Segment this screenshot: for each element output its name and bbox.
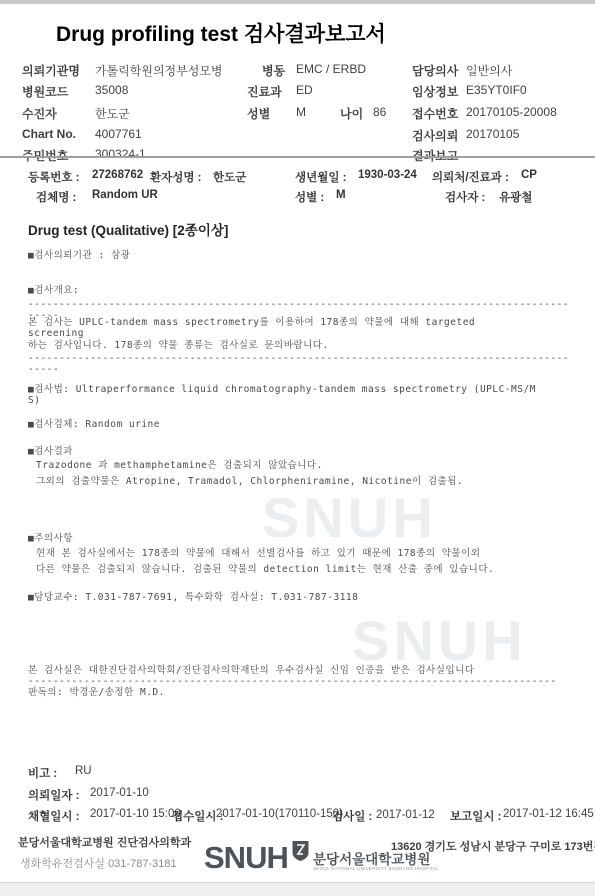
report-datetime-value: 2017-01-12 16:45 bbox=[503, 808, 594, 820]
field-label-requesting-org: 의뢰기관명 bbox=[22, 62, 80, 79]
body-line-result-heading: ■검사결과 bbox=[28, 446, 573, 457]
test-name-title: Drug test (Qualitative) [2종이상] bbox=[28, 219, 228, 239]
field-label-age: 나이 bbox=[340, 105, 363, 122]
field-value-doctor: 일반의사 bbox=[466, 62, 512, 79]
body-line-method-1: ■검사법: Ultraperformance liquid chromatogr… bbox=[28, 384, 573, 395]
footer-address: 13620 경기도 성남시 분당구 구미로 173번길 82 bbox=[391, 838, 595, 854]
test-date-label: 검사일 : bbox=[332, 808, 372, 824]
reg-label-referring-dept: 의뢰처/진료과 : bbox=[432, 169, 509, 185]
snuh-shield-icon bbox=[292, 840, 309, 861]
footer-lab-phone-line: 생화학유전검사실 031-787-3181 bbox=[20, 855, 177, 871]
field-label-doctor: 담당의사 bbox=[412, 62, 458, 79]
body-line-caution-1: 현재 본 검사실에서는 178종의 약물에 대해서 선별검사를 하고 있기 때문… bbox=[36, 548, 573, 559]
field-value-receipt-no: 20170105-20008 bbox=[466, 105, 557, 119]
report-datetime-label: 보고일시 : bbox=[450, 808, 501, 824]
body-line-result-2: 그외의 검출약물은 Atropine, Tramadol, Chlorpheni… bbox=[36, 476, 573, 487]
body-line-result-1: Trazodone 과 methamphetamine은 검출되지 않았습니다. bbox=[36, 460, 573, 471]
reg-value-registration-no: 27268762 bbox=[92, 169, 143, 181]
field-label-department: 진료과 bbox=[247, 83, 282, 100]
body-line-specimen: ■검사검체: Random urine bbox=[28, 419, 573, 430]
top-edge-strip bbox=[0, 0, 595, 4]
remarks-label: 비고 : bbox=[28, 765, 57, 781]
reg-label-patient-name: 환자성명 : bbox=[150, 169, 201, 185]
report-page: Drug profiling test 검사결과보고서 의뢰기관명 가톨릭학원의… bbox=[0, 0, 595, 896]
field-value-chart-no: 4007761 bbox=[95, 127, 142, 141]
field-label-receipt-no: 접수번호 bbox=[412, 105, 458, 122]
field-label-chart-no: Chart No. bbox=[22, 127, 76, 141]
body-line-accreditation: 본 검사실은 대한진단검사의학회/진단검사의학재단의 우수검사실 신임 인증을 … bbox=[28, 665, 573, 676]
field-value-sex: M bbox=[296, 105, 306, 119]
snuh-watermark: SNUH bbox=[352, 608, 527, 673]
reg-value-specimen: Random UR bbox=[92, 189, 158, 201]
bottom-edge-strip bbox=[0, 882, 595, 896]
field-value-department: ED bbox=[296, 83, 313, 97]
field-label-clinical-info: 임상정보 bbox=[412, 83, 458, 100]
body-line-request-org: ■검사의뢰기관 : 삼광 bbox=[28, 250, 573, 261]
test-date-value: 2017-01-12 bbox=[376, 809, 435, 821]
reg-value-birth-date: 1930-03-24 bbox=[358, 169, 417, 181]
field-label-test-request-date: 검사의뢰 bbox=[412, 127, 458, 144]
reg-label-examiner: 검사자 : bbox=[445, 189, 485, 205]
reg-value-sex: M bbox=[336, 189, 346, 201]
body-dashed-divider: ----------------------------------------… bbox=[28, 353, 573, 375]
body-line-reading-doctor: 판독의: 박경운/송정한 M.D. bbox=[28, 687, 573, 698]
page-title: Drug profiling test 검사결과보고서 bbox=[56, 18, 386, 48]
reg-label-birth-date: 생년월일 : bbox=[295, 169, 346, 185]
remarks-value: RU bbox=[75, 765, 92, 777]
body-line-overview-3: 하는 검사입니다. 178종의 약물 종류는 검사실로 문의바랍니다. bbox=[28, 340, 573, 351]
request-date-value: 2017-01-10 bbox=[90, 787, 149, 799]
request-date-label: 의뢰일자 : bbox=[28, 787, 79, 803]
collect-datetime-value: 2017-01-10 15:00 bbox=[90, 808, 181, 820]
field-value-resident-no: 300324-1 bbox=[95, 147, 146, 161]
field-value-hospital-code: 35008 bbox=[95, 83, 128, 97]
body-line-overview-heading: ■검사개요: bbox=[28, 285, 573, 296]
body-line-overview-2: screening bbox=[28, 328, 573, 339]
body-dashed-divider: ----------------------------------------… bbox=[28, 676, 573, 687]
reg-label-specimen: 검체명 : bbox=[36, 189, 76, 205]
body-line-caution-2: 다른 약물은 검출되지 않습니다. 검출된 약물의 detection limi… bbox=[36, 564, 573, 575]
field-value-age: 86 bbox=[373, 105, 386, 119]
field-value-ward: EMC / ERBD bbox=[296, 62, 366, 76]
footer-hospital-caption: SEOUL NATIONAL UNIVERSITY BUNDANG HOSPIT… bbox=[313, 866, 439, 871]
reg-label-sex: 성별 : bbox=[295, 189, 324, 205]
field-value-requesting-org: 가톨릭학원의정부성모병 bbox=[95, 62, 223, 79]
field-label-sex: 성별 bbox=[247, 105, 270, 122]
body-line-method-2: S) bbox=[28, 395, 573, 406]
snuh-logo-text: SNUH bbox=[204, 840, 288, 876]
field-label-hospital-code: 병원코드 bbox=[22, 83, 68, 100]
body-line-professor-contact: ■담당교수: T.031-787-7691, 특수화학 검사실: T.031-7… bbox=[28, 592, 573, 603]
collect-datetime-label: 채혈일시 : bbox=[28, 808, 79, 824]
field-label-patient: 수진자 bbox=[22, 105, 57, 122]
reg-value-referring-dept: CP bbox=[521, 169, 537, 181]
footer-department-line: 분당서울대학교병원 진단검사의학과 bbox=[18, 834, 191, 850]
reg-label-registration-no: 등록번호 : bbox=[28, 169, 79, 185]
receipt-datetime-value: 2017-01-10(170110-150) bbox=[216, 808, 343, 820]
field-value-patient: 한도군 bbox=[95, 105, 130, 122]
field-value-clinical-info: E35YT0IF0 bbox=[466, 83, 527, 97]
reg-value-examiner: 유광철 bbox=[499, 189, 532, 205]
body-line-caution-heading: ■주의사항 bbox=[28, 533, 573, 544]
reg-value-patient-name: 한도군 bbox=[213, 169, 246, 185]
field-value-test-request-date: 20170105 bbox=[466, 127, 519, 141]
body-line-overview-1: 본 검사는 UPLC-tandem mass spectrometry를 이용하… bbox=[28, 317, 573, 328]
header-separator-line bbox=[0, 156, 595, 158]
field-label-ward: 병동 bbox=[262, 62, 285, 79]
